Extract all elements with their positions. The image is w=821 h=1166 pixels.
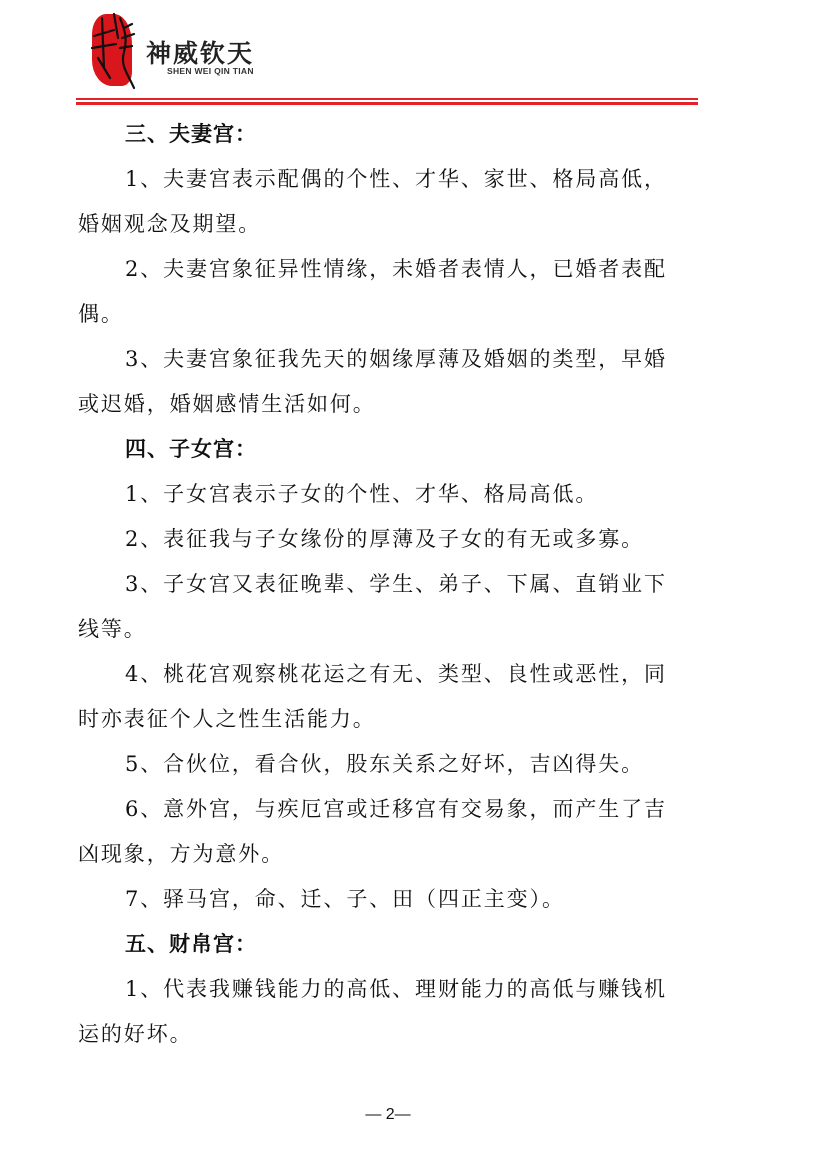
section-heading: 三、夫妻宫： <box>78 112 702 157</box>
section-heading: 四、子女宫： <box>78 427 702 472</box>
paragraph-line: 7、驿马宫，命、迁、子、田（四正主变）。 <box>78 877 702 922</box>
paragraph-line: 线等。 <box>78 607 702 652</box>
paragraph-line: 4、桃花宫观察桃花运之有无、类型、良性或恶性，同 <box>78 652 702 697</box>
header-rule-thick <box>76 102 698 105</box>
paragraph-line: 凶现象，方为意外。 <box>78 832 702 877</box>
paragraph-line: 或迟婚，婚姻感情生活如何。 <box>78 382 702 427</box>
paragraph-line: 婚姻观念及期望。 <box>78 202 702 247</box>
header-rule-thin <box>76 98 698 100</box>
document-body: 三、夫妻宫： 1、夫妻宫表示配偶的个性、才华、家世、格局高低， 婚姻观念及期望。… <box>78 112 702 1057</box>
paragraph-line: 偶。 <box>78 292 702 337</box>
paragraph-line: 5、合伙位，看合伙，股东关系之好坏，吉凶得失。 <box>78 742 702 787</box>
section-heading: 五、财帛宫： <box>78 922 702 967</box>
paragraph-line: 1、子女宫表示子女的个性、才华、格局高低。 <box>78 472 702 517</box>
paragraph-line: 1、代表我赚钱能力的高低、理财能力的高低与赚钱机 <box>78 967 702 1012</box>
paragraph-line: 2、表征我与子女缘份的厚薄及子女的有无或多寡。 <box>78 517 702 562</box>
paragraph-line: 3、夫妻宫象征我先天的姻缘厚薄及婚姻的类型，早婚 <box>78 337 702 382</box>
calligraphy-icon <box>84 8 154 94</box>
logo-english-name: SHEN WEI QIN TIAN <box>167 66 254 76</box>
logo-chinese-name: 神威钦天 <box>146 34 254 70</box>
paragraph-line: 2、夫妻宫象征异性情缘，未婚者表情人，已婚者表配 <box>78 247 702 292</box>
paragraph-line: 运的好坏。 <box>78 1012 702 1057</box>
page-number: — 2— <box>0 1106 776 1124</box>
paragraph-line: 时亦表征个人之性生活能力。 <box>78 697 702 742</box>
company-logo: 神威钦天 SHEN WEI QIN TIAN <box>84 8 274 90</box>
paragraph-line: 3、子女宫又表征晚辈、学生、弟子、下属、直销业下 <box>78 562 702 607</box>
paragraph-line: 6、意外宫，与疾厄宫或迁移宫有交易象，而产生了吉 <box>78 787 702 832</box>
paragraph-line: 1、夫妻宫表示配偶的个性、才华、家世、格局高低， <box>78 157 702 202</box>
